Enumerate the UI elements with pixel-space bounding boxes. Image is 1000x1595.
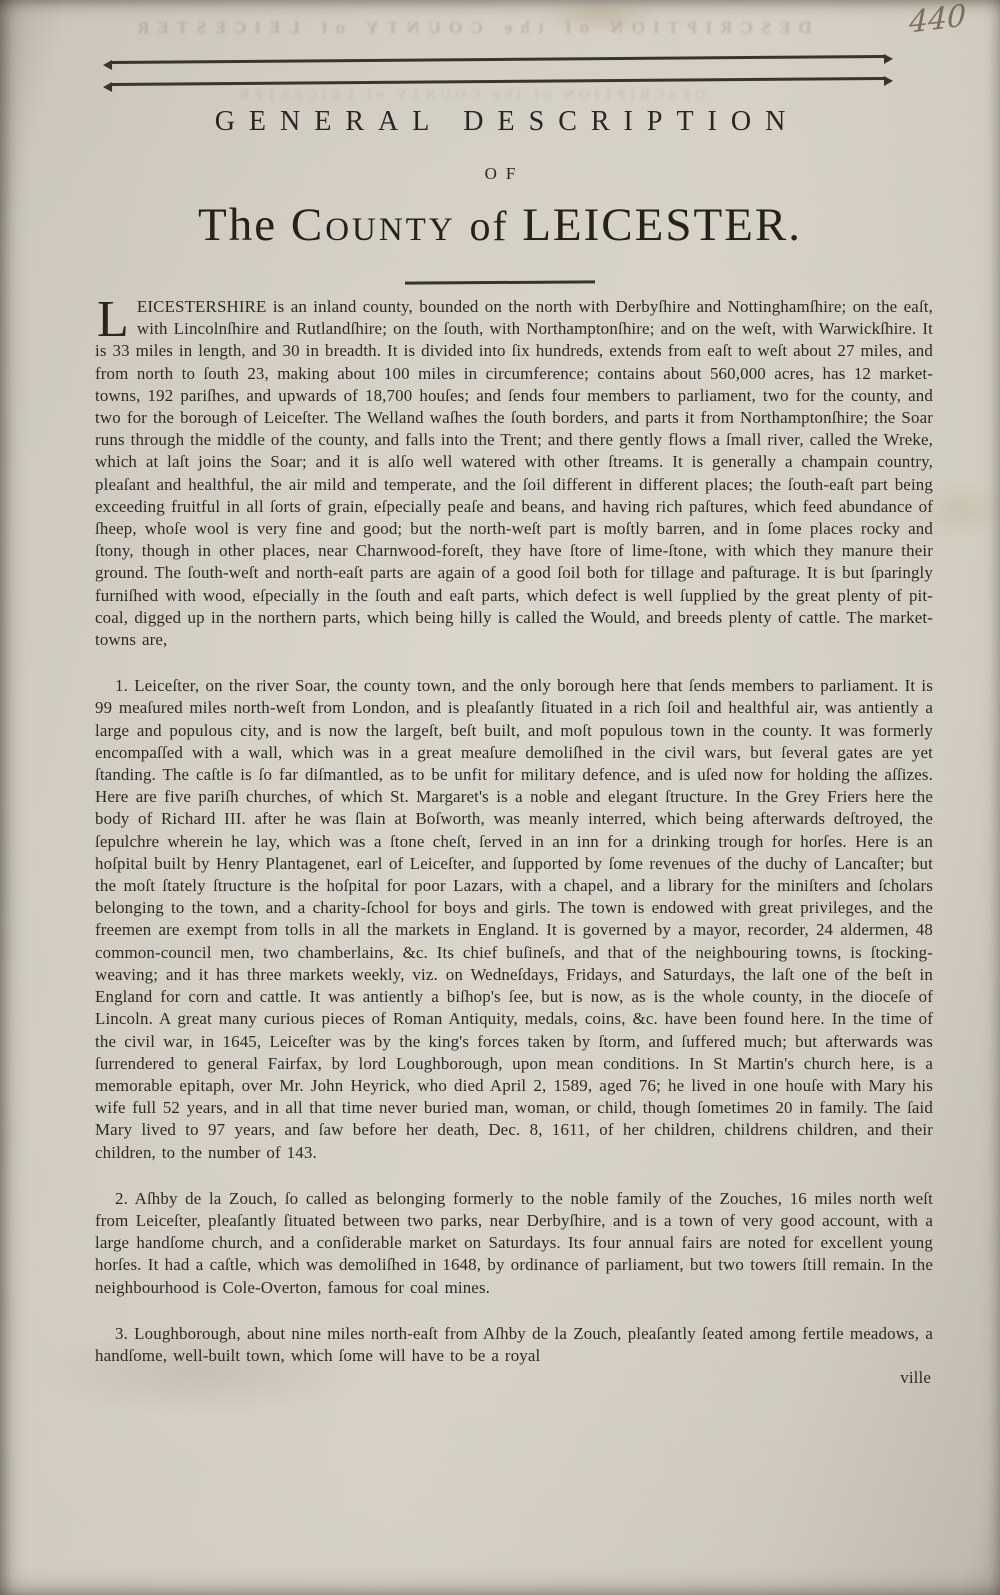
title-word-county: County: [291, 199, 456, 251]
section-heading-of: OF: [0, 164, 1000, 184]
drop-cap-initial: L: [95, 296, 137, 340]
intro-paragraph-text: EICESTERSHIRE is an inland county, bound…: [95, 297, 933, 649]
handwritten-folio-number: 440: [909, 0, 966, 41]
showthrough-text-faint: DESCRIPTION of the COUNTY of LEICESTER: [60, 88, 880, 104]
showthrough-text: DESCRIPTION of the COUNTY of LEICESTER: [60, 18, 880, 38]
title-word-leicester: LEICESTER.: [522, 199, 802, 251]
title-word-of: of: [469, 204, 508, 250]
ornamental-rule-top: [112, 55, 884, 68]
title-divider-rule: [405, 280, 595, 284]
intro-paragraph: LEICESTERSHIRE is an inland county, boun…: [95, 296, 933, 651]
page-title: The County of LEICESTER.: [0, 198, 1000, 252]
paragraph-loughborough: 3. Loughborough, about nine miles north-…: [95, 1323, 933, 1367]
paragraph-ashby: 2. Aſhby de la Zouch, ſo called as belon…: [95, 1188, 933, 1299]
catchword: ville: [95, 1367, 933, 1389]
body-text: LEICESTERSHIRE is an inland county, boun…: [95, 296, 933, 1389]
book-page: DESCRIPTION of the COUNTY of LEICESTER D…: [0, 0, 1000, 1595]
paragraph-leicester: 1. Leiceſter, on the river Soar, the cou…: [95, 675, 933, 1163]
section-heading: GENERAL DESCRIPTION: [0, 106, 1000, 138]
title-word-the: The: [198, 199, 277, 251]
